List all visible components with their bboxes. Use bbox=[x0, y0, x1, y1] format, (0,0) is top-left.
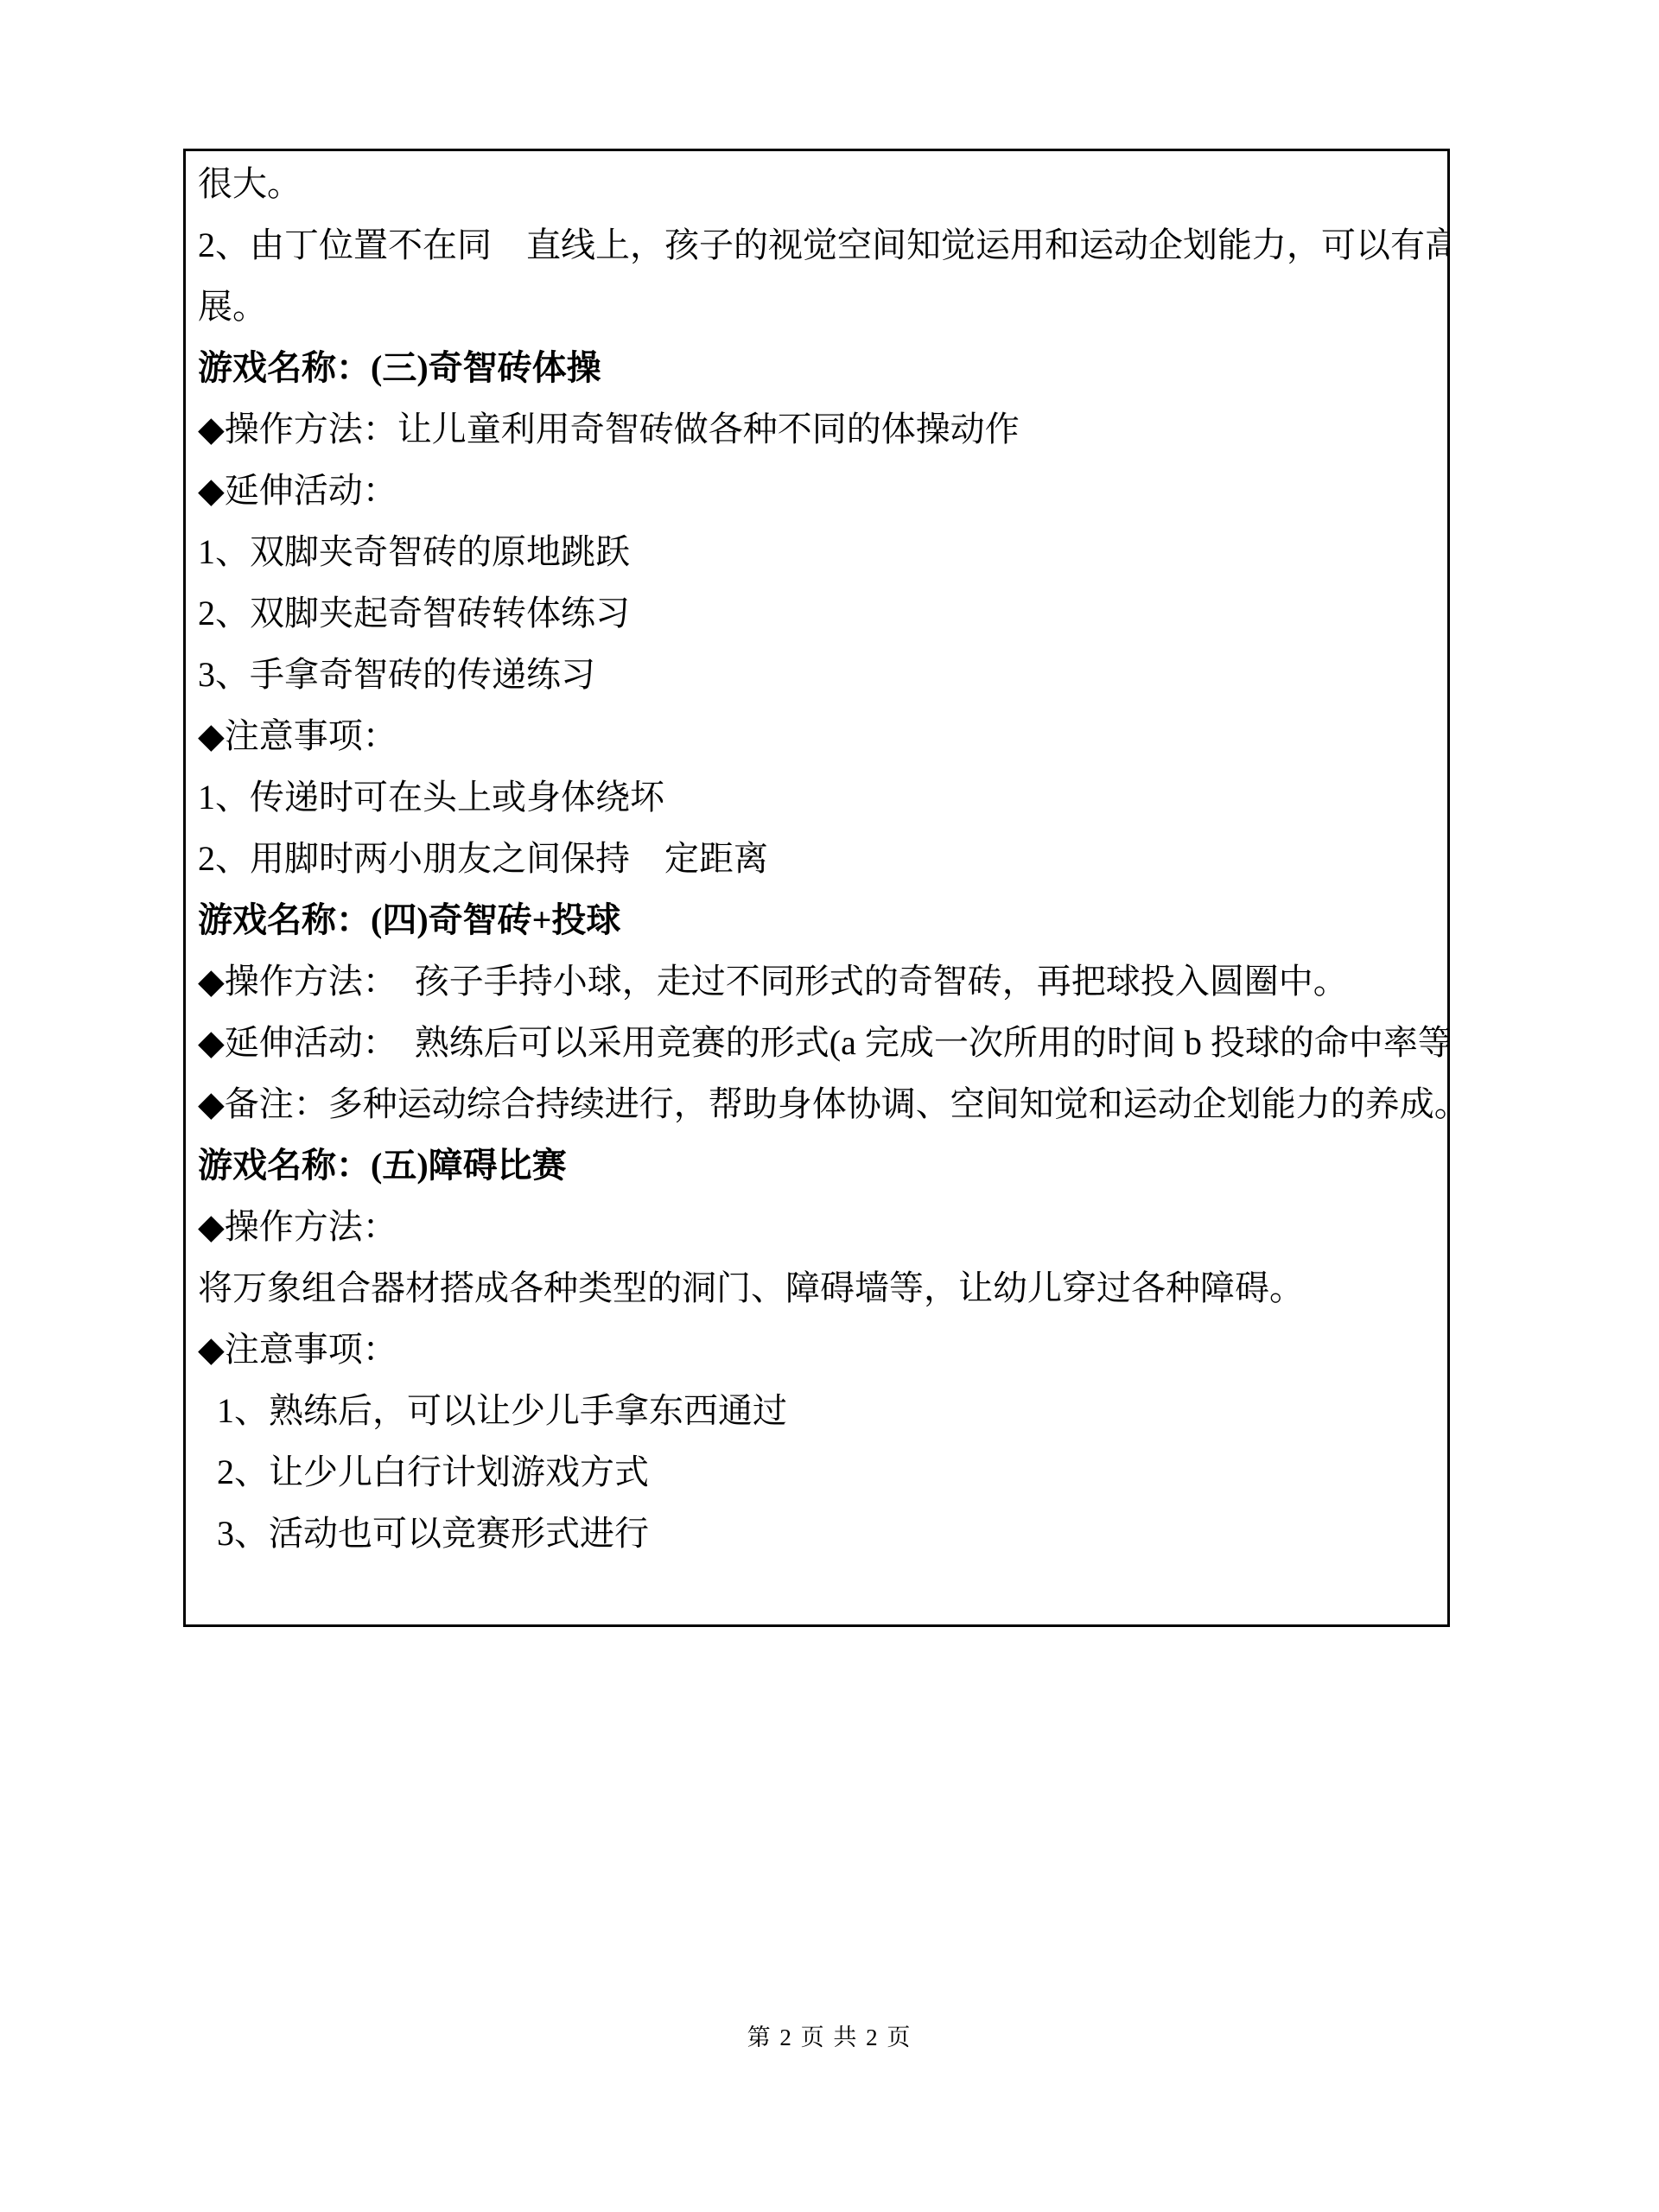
document-line: ◆备注：多种运动综合持续进行，帮助身体协调、空间知觉和运动企划能力的养成。 bbox=[198, 1073, 1435, 1135]
document-line: ◆操作方法： 孩子手持小球，走过不同形式的奇智砖，再把球投入圆圈中。 bbox=[198, 950, 1435, 1012]
diamond-bullet-icon: ◆ bbox=[198, 1023, 225, 1062]
document-table-cell: 很大。2、由丁位置不在同 直线上，孩子的视觉空间知觉运用和运动企划能力，可以有高… bbox=[183, 149, 1450, 1627]
document-line: ◆操作方法：让儿童利用奇智砖做各种不同的体操动作 bbox=[198, 398, 1435, 460]
document-line: ◆注意事项： bbox=[198, 1319, 1435, 1380]
document-line: 游戏名称：(三)奇智砖体操 bbox=[198, 337, 1435, 398]
document-line: 展。 bbox=[198, 276, 1435, 337]
diamond-bullet-icon: ◆ bbox=[198, 962, 225, 1001]
document-line: 游戏名称：(四)奇智砖+投球 bbox=[198, 889, 1435, 950]
document-line: 1、双脚夹奇智砖的原地跳跃 bbox=[198, 521, 1435, 582]
diamond-bullet-icon: ◆ bbox=[198, 716, 225, 755]
document-line: 很大。 bbox=[198, 153, 1435, 214]
document-line: ◆操作方法： bbox=[198, 1196, 1435, 1257]
document-line-text: 操作方法： 孩子手持小球，走过不同形式的奇智砖，再把球投入圆圈中。 bbox=[225, 962, 1348, 1001]
page-footer: 第 2 页 共 2 页 bbox=[0, 2020, 1659, 2055]
diamond-bullet-icon: ◆ bbox=[198, 1084, 225, 1123]
document-line-text: 操作方法：让儿童利用奇智砖做各种不同的体操动作 bbox=[225, 410, 1020, 448]
document-line: 将万象组合器材搭成各种类型的洞门、障碍墙等，让幼儿穿过各种障碍。 bbox=[198, 1257, 1435, 1319]
document-line: 1、传递时可在头上或身体绕坏 bbox=[198, 766, 1435, 828]
diamond-bullet-icon: ◆ bbox=[198, 1207, 225, 1246]
document-line: ◆延伸活动： bbox=[198, 460, 1435, 521]
diamond-bullet-icon: ◆ bbox=[198, 471, 225, 510]
document-line-text: 注意事项： bbox=[225, 716, 397, 755]
document-line: 游戏名称：(五)障碍比赛 bbox=[198, 1135, 1435, 1196]
document-line: ◆注意事项： bbox=[198, 705, 1435, 766]
document-line: 1、熟练后，可以让少儿手拿东西通过 bbox=[198, 1380, 1435, 1441]
document-line: 2、用脚时两小朋友之间保持 定距离 bbox=[198, 828, 1435, 889]
diamond-bullet-icon: ◆ bbox=[198, 410, 225, 448]
document-line: 2、由丁位置不在同 直线上，孩子的视觉空间知觉运用和运动企划能力，可以有高度的发 bbox=[198, 214, 1435, 276]
document-line-text: 注意事项： bbox=[225, 1330, 397, 1369]
document-line: ◆延伸活动： 熟练后可以采用竞赛的形式(a 完成一次所用的时间 b 投球的命中率… bbox=[198, 1012, 1435, 1073]
document-line: 3、手拿奇智砖的传递练习 bbox=[198, 644, 1435, 705]
document-line: 2、让少儿白行计划游戏方式 bbox=[198, 1441, 1435, 1503]
diamond-bullet-icon: ◆ bbox=[198, 1330, 225, 1369]
document-line-text: 操作方法： bbox=[225, 1207, 397, 1246]
document-line-text: 备注：多种运动综合持续进行，帮助身体协调、空间知觉和运动企划能力的养成。 bbox=[225, 1084, 1450, 1123]
document-line-text: 延伸活动： 熟练后可以采用竞赛的形式(a 完成一次所用的时间 b 投球的命中率等… bbox=[225, 1023, 1450, 1062]
document-line-text: 延伸活动： bbox=[225, 471, 397, 510]
document-line: 3、活动也可以竞赛形式进行 bbox=[198, 1503, 1435, 1564]
document-line: 2、双脚夹起奇智砖转体练习 bbox=[198, 582, 1435, 644]
